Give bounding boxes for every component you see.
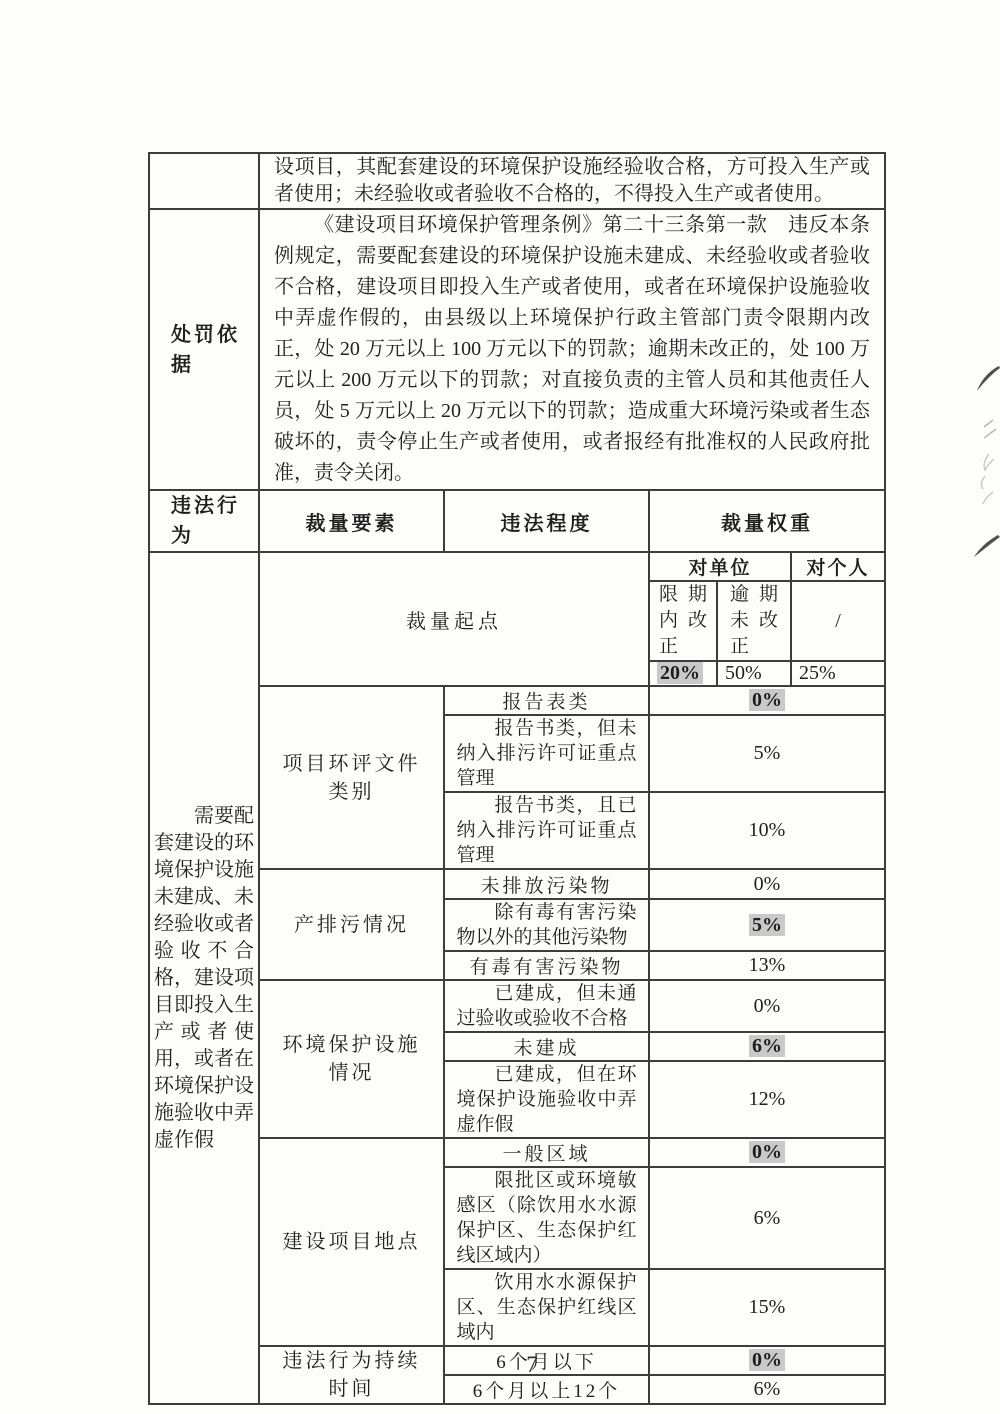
- subheader-overdue-cell: 逾期未改正: [717, 581, 791, 661]
- subheader-correct-in-time-cell: 限期内改正: [649, 581, 717, 661]
- degree-cell: 有毒有害污染物: [444, 951, 649, 980]
- subheader-overdue: 逾期未改正: [730, 582, 778, 660]
- header-degree: 违法程度: [444, 490, 649, 552]
- penalty-basis-label-cell: 处罚依据: [149, 209, 259, 490]
- degree-cell: 报告表类: [444, 686, 649, 715]
- weight-cell: 15%: [649, 1269, 885, 1346]
- weight-cell: 0%: [649, 1138, 885, 1167]
- weight-cell: 6%: [649, 1032, 885, 1061]
- behavior-cell: 需要配套建设的环境保护设施未建成、未经验收或者验收不合格，建设项目即投入生产或者…: [149, 552, 259, 1404]
- weight-cell: 10%: [649, 792, 885, 869]
- degree-cell: 报告书类，但未纳入排污许可证重点管理: [444, 715, 649, 792]
- individual-slash: /: [791, 581, 885, 661]
- weight-cell: 6%: [649, 1375, 885, 1404]
- factor-cell: 项目环评文件类别: [259, 686, 444, 869]
- penalty-discretion-table: 设项目，其配套建设的环境保护设施经验收合格，方可投入生产或者使用；未经验收或者验…: [148, 152, 886, 1405]
- degree-cell: 6个月以上12个: [444, 1375, 649, 1404]
- penalty-basis-text: 《建设项目环境保护管理条例》第二十三条第一款 违反本条例规定，需要配套建设的环境…: [259, 209, 885, 490]
- start-value-individual: 25%: [791, 661, 885, 686]
- factor-cell: 产排污情况: [259, 869, 444, 980]
- weight-cell: 0%: [649, 686, 885, 715]
- start-value-unit-overdue: 50%: [717, 661, 791, 686]
- weight-cell: 6%: [649, 1167, 885, 1269]
- degree-cell: 限批区或环境敏感区（除饮用水水源保护区、生态保护红线区域内）: [444, 1167, 649, 1269]
- degree-cell: 一般区域: [444, 1138, 649, 1167]
- start-point-label: 裁量起点: [259, 552, 649, 686]
- degree-cell: 未建成: [444, 1032, 649, 1061]
- weight-cell: 0%: [649, 980, 885, 1032]
- carryover-text: 设项目，其配套建设的环境保护设施经验收合格，方可投入生产或者使用；未经验收或者验…: [259, 153, 885, 209]
- subheader-unit: 对单位: [649, 552, 791, 581]
- degree-cell: 已建成，但未通过验收或验收不合格: [444, 980, 649, 1032]
- header-behavior-cell: 违法行为: [149, 490, 259, 552]
- degree-cell: 除有毒有害污染物以外的其他污染物: [444, 899, 649, 951]
- header-weight: 裁量权重: [649, 490, 885, 552]
- penalty-basis-label: 处罚依据: [171, 320, 237, 380]
- factor-cell: 环境保护设施情况: [259, 980, 444, 1138]
- start-value-unit-within: 20%: [657, 662, 703, 684]
- weight-cell: 12%: [649, 1061, 885, 1138]
- header-behavior: 违法行为: [171, 491, 237, 551]
- degree-cell: 已建成，但在环境保护设施验收中弄虚作假: [444, 1061, 649, 1138]
- degree-cell: 报告书类，且已纳入排污许可证重点管理: [444, 792, 649, 869]
- pen-mark-scan-artifact: [935, 350, 1000, 575]
- weight-cell: 0%: [649, 869, 885, 899]
- degree-cell: 饮用水水源保护区、生态保护红线区域内: [444, 1269, 649, 1346]
- factor-cell: 建设项目地点: [259, 1138, 444, 1346]
- empty-label-cell: [149, 153, 259, 209]
- header-factor: 裁量要素: [259, 490, 444, 552]
- weight-cell: 13%: [649, 951, 885, 980]
- behavior-text: 需要配套建设的环境保护设施未建成、未经验收或者验收不合格，建设项目即投入生产或者…: [154, 803, 254, 1154]
- degree-cell: 未排放污染物: [444, 869, 649, 899]
- subheader-correct-in-time: 限期内改正: [659, 582, 707, 660]
- page-number: 7: [0, 1352, 1000, 1378]
- weight-cell: 5%: [649, 899, 885, 951]
- weight-cell: 5%: [649, 715, 885, 792]
- subheader-individual: 对个人: [791, 552, 885, 581]
- start-value-unit-within-cell: 20%: [649, 661, 717, 686]
- document-page: 设项目，其配套建设的环境保护设施经验收合格，方可投入生产或者使用；未经验收或者验…: [0, 0, 1000, 1414]
